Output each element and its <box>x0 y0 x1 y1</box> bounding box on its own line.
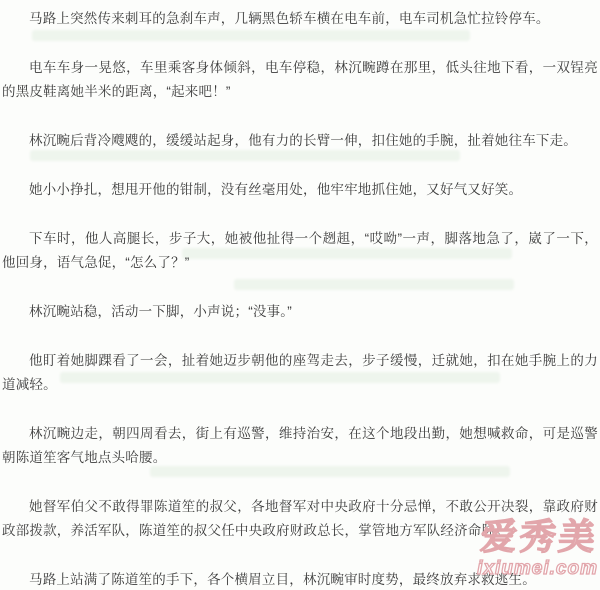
paragraph: 下车时，他人高腿长，步子大，她被他扯得一个趔趄，“哎呦”一声，脚落地急了，崴了一… <box>2 227 598 275</box>
paragraph: 他盯着她脚踝看了一会，扯着她迈步朝他的座驾走去，步子缓慢，迁就她，扣在她手腕上的… <box>2 349 598 397</box>
novel-text-article: 马路上突然传来刺耳的急刹车声，几辆黑色轿车横在电车前，电车司机急忙拉铃停车。 电… <box>0 0 600 590</box>
paragraph: 马路上站满了陈道笙的手下，各个横眉立目，林沉畹审时度势，最终放弃求救逃生。 <box>2 568 598 590</box>
paragraph: 林沉畹站稳，活动一下脚，小声说；“没事。” <box>2 300 598 324</box>
paragraph: 林沉畹后背冷飕飕的，缓缓站起身，他有力的长臂一伸，扣住她的手腕，扯着她往车下走。 <box>2 129 598 153</box>
paragraph: 她督军伯父不敢得罪陈道笙的叔父，各地督军对中央政府十分忌惮，不敢公开决裂，靠政府… <box>2 495 598 543</box>
paragraph: 电车车身一晃悠，车里乘客身体倾斜，电车停稳，林沉畹蹲在那里，低头往地下看，一双锃… <box>2 56 598 104</box>
paragraph: 林沉畹边走，朝四周看去，街上有巡警，维持治安，在这个地段出勤，她想喊救命，可是巡… <box>2 422 598 470</box>
paragraph: 她小小挣扎，想甩开他的钳制，没有丝毫用处，他牢牢地抓住她，又好气又好笑。 <box>2 178 598 202</box>
paragraph: 马路上突然传来刺耳的急刹车声，几辆黑色轿车横在电车前，电车司机急忙拉铃停车。 <box>2 7 598 31</box>
